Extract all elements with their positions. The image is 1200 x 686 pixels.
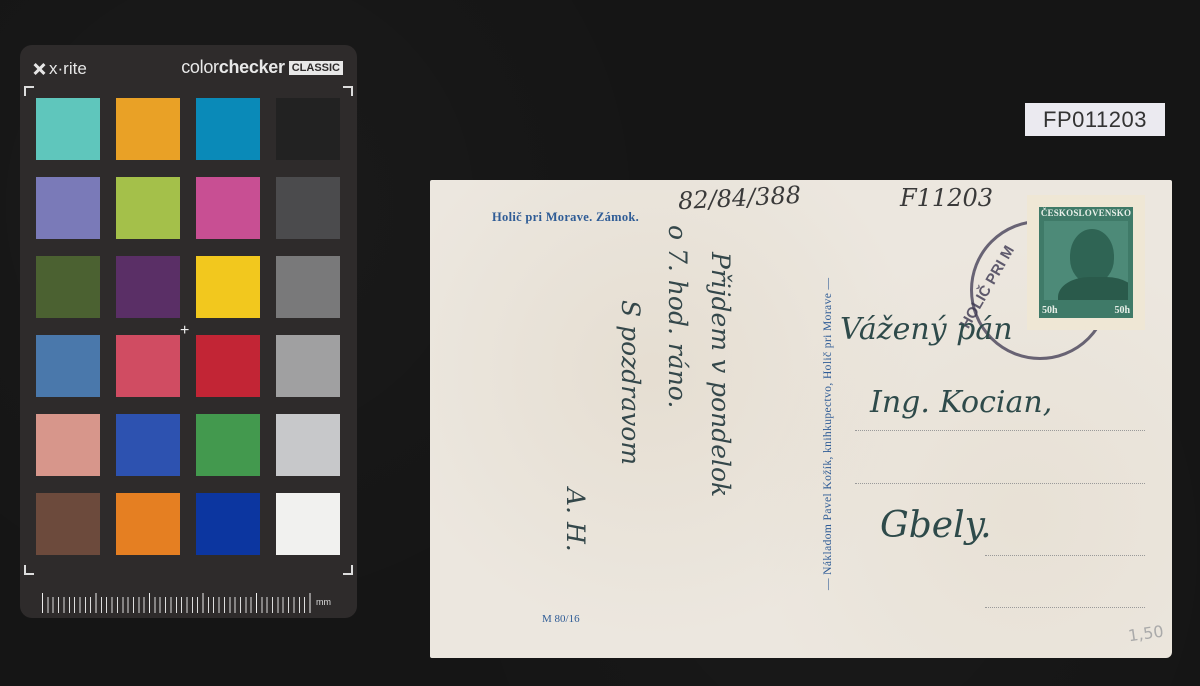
catalog-label: FP011203: [1025, 103, 1165, 136]
message-line: S pozdravom: [616, 300, 645, 465]
crosshair-icon: +: [180, 323, 189, 339]
color-patch-orange-yellow: [116, 98, 180, 160]
color-patch-purple: [116, 256, 180, 318]
color-patch-magenta: [196, 177, 260, 239]
corner-mark-icon: [343, 86, 353, 96]
color-patch-red: [196, 335, 260, 397]
brand-text: x·rite: [49, 59, 87, 79]
message-line: o 7. hod. ráno.: [663, 225, 692, 408]
color-patch-orange: [116, 493, 180, 555]
title-light: color: [181, 57, 219, 78]
color-patch-black: [276, 98, 340, 160]
stamp-portrait: [1044, 221, 1128, 300]
color-patch-light-gray: [276, 335, 340, 397]
corner-mark-icon: [24, 86, 34, 96]
stamp-value-right: 50h: [1114, 305, 1130, 316]
color-patch-rose: [116, 335, 180, 397]
publisher-line: — Nákladom Pavel Kožík, knihkupectvo, Ho…: [822, 278, 834, 590]
portrait-head-icon: [1070, 229, 1114, 283]
color-patch-dark-gray: [276, 177, 340, 239]
color-patch-cyan: [196, 98, 260, 160]
color-patch-blue: [116, 414, 180, 476]
address-dotted-line: [985, 555, 1145, 556]
color-patch-brown: [36, 493, 100, 555]
address-line: Ing. Kocian,: [870, 385, 1052, 420]
address-dotted-line: [855, 483, 1145, 484]
color-patch-pale-gray: [276, 414, 340, 476]
xrite-x-icon: [32, 62, 46, 76]
address-dotted-line: [985, 607, 1145, 608]
address-line: Gbely.: [880, 505, 992, 546]
color-patch-yellow: [196, 256, 260, 318]
price-pencil-note: 1,50: [1127, 622, 1165, 646]
message-signature: A. H.: [561, 488, 590, 552]
xrite-logo: x·rite: [32, 59, 87, 79]
color-patch-teal: [36, 98, 100, 160]
print-code: M 80/16: [542, 613, 580, 625]
ruler-major-ticks: [42, 593, 312, 613]
color-patch-green: [196, 414, 260, 476]
stamp-face: ČESKOSLOVENSKO 50h 50h: [1039, 207, 1133, 318]
color-patch-skin: [36, 414, 100, 476]
color-patch-mid-gray: [276, 256, 340, 318]
color-patch-white: [276, 493, 340, 555]
colorchecker-card: x·rite color checker CLASSIC + mm: [20, 45, 357, 618]
postcard: Holič pri Morave. Zámok. M 80/16 — Nákla…: [430, 180, 1172, 658]
color-patch-olive-green: [36, 256, 100, 318]
ruler-unit: mm: [316, 597, 331, 607]
stamp-country: ČESKOSLOVENSKO: [1039, 208, 1133, 218]
color-patch-slate-blue: [36, 335, 100, 397]
address-line: Vážený pán: [840, 312, 1013, 347]
corner-mark-icon: [24, 565, 34, 575]
classic-badge: CLASSIC: [289, 61, 343, 75]
postage-stamp: ČESKOSLOVENSKO 50h 50h: [1027, 195, 1145, 330]
color-patch-yellow-green: [116, 177, 180, 239]
address-dotted-line: [855, 430, 1145, 431]
portrait-body-icon: [1058, 277, 1128, 300]
message-line: Přijdem v pondelok: [706, 252, 735, 497]
color-patch-deep-blue: [196, 493, 260, 555]
colorchecker-title: color checker CLASSIC: [181, 57, 343, 78]
archive-number: 82/84/388: [677, 181, 801, 215]
f-number: F11203: [900, 184, 993, 212]
title-bold: checker: [219, 57, 285, 78]
postcard-title: Holič pri Morave. Zámok.: [492, 210, 639, 225]
corner-mark-icon: [343, 565, 353, 575]
stamp-value-left: 50h: [1042, 305, 1058, 316]
color-patch-lavender: [36, 177, 100, 239]
